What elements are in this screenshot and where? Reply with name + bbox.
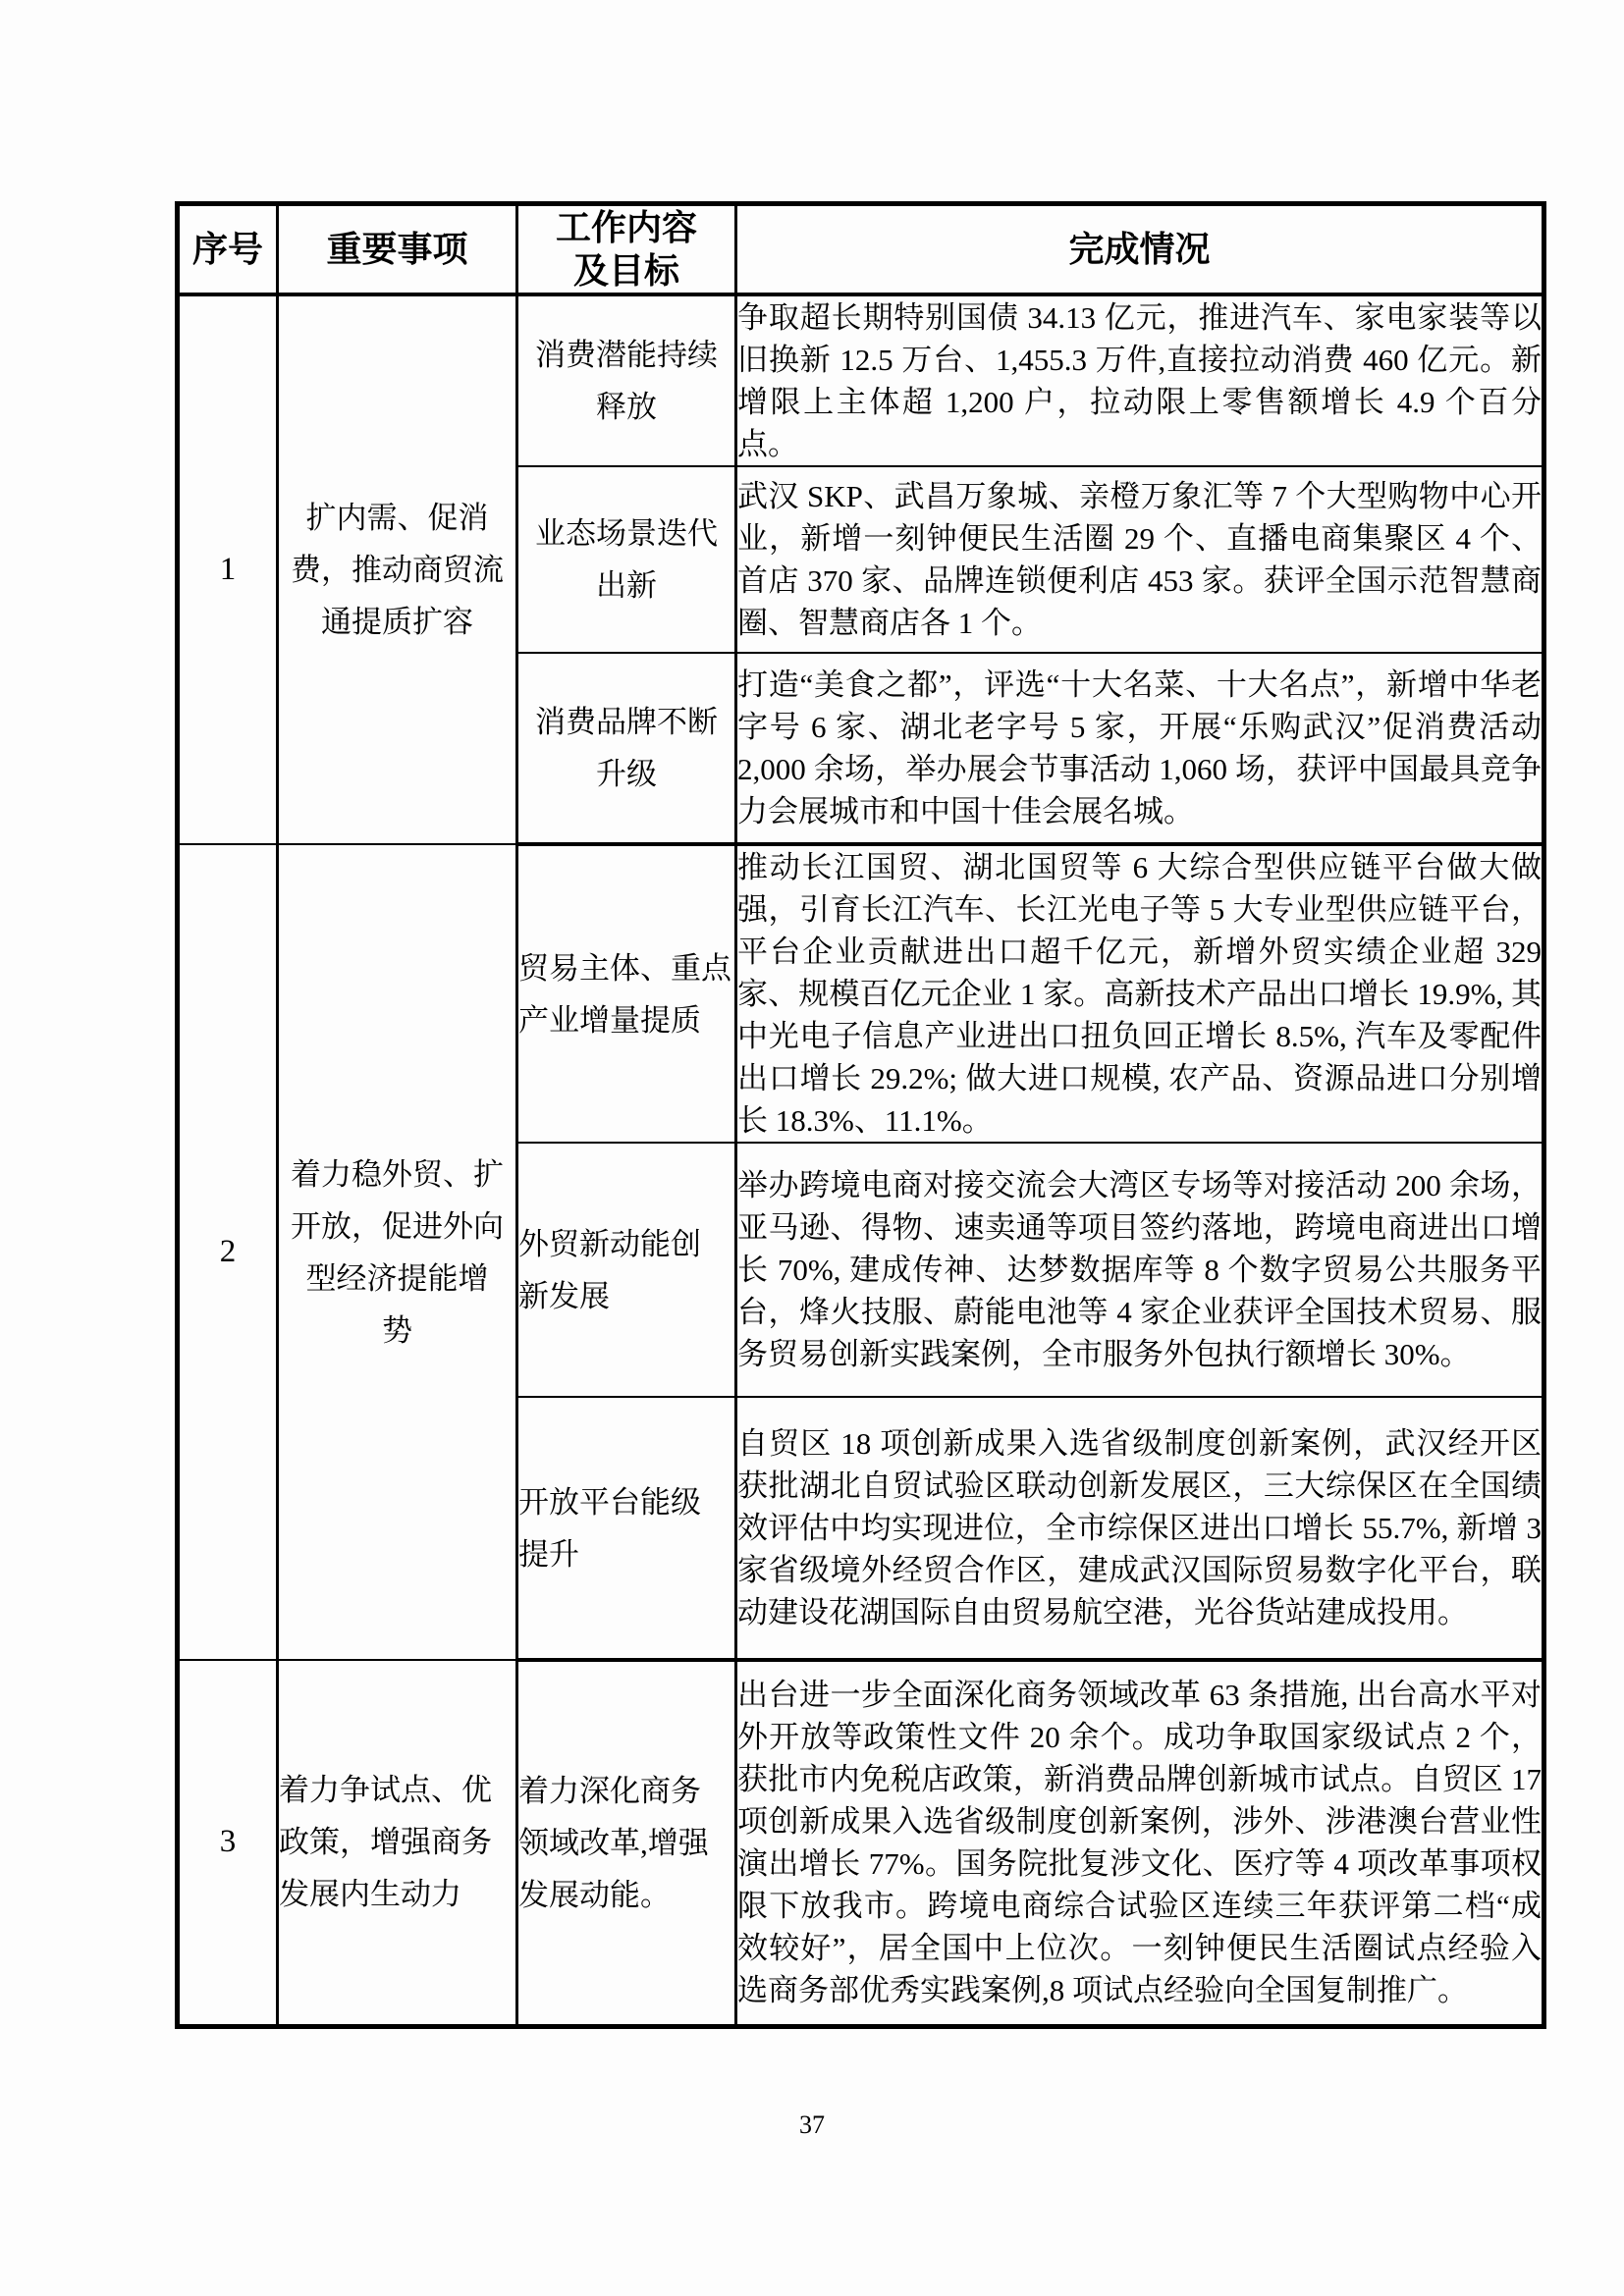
task-cell: 消费品牌不断 升级 bbox=[517, 653, 736, 844]
completion-cell: 武汉 SKP、武昌万象城、亲橙万象汇等 7 个大型购物中心开业，新增一刻钟便民生… bbox=[736, 466, 1544, 653]
header-label-matter: 重要事项 bbox=[279, 228, 515, 271]
table-row: 1 扩内需、促消 费，推动商贸流 通提质扩容 消费潜能持续 释放 争取超长期特别… bbox=[178, 294, 1544, 466]
header-label-serial: 序号 bbox=[180, 228, 276, 271]
completion-cell: 推动长江国贸、湖北国贸等 6 大综合型供应链平台做大做强，引育长江汽车、长江光电… bbox=[736, 844, 1544, 1143]
completion-cell: 举办跨境电商对接交流会大湾区专场等对接活动 200 余场，亚马逊、得物、速卖通等… bbox=[736, 1143, 1544, 1397]
header-label-work-line1: 工作内容 bbox=[518, 206, 734, 249]
table-header-row: 序号 重要事项 工作内容 及目标 完成情况 bbox=[178, 204, 1544, 295]
header-cell-matter: 重要事项 bbox=[278, 204, 517, 295]
header-cell-completion: 完成情况 bbox=[736, 204, 1544, 295]
document-page: 序号 重要事项 工作内容 及目标 完成情况 1 扩内需、促消 费，推动商贸流 通… bbox=[0, 0, 1624, 2296]
matter-cell-1: 扩内需、促消 费，推动商贸流 通提质扩容 bbox=[278, 294, 517, 844]
work-completion-table: 序号 重要事项 工作内容 及目标 完成情况 1 扩内需、促消 费，推动商贸流 通… bbox=[175, 201, 1546, 2029]
serial-cell-1: 1 bbox=[178, 294, 278, 844]
completion-cell: 自贸区 18 项创新成果入选省级制度创新案例，武汉经开区获批湖北自贸试验区联动创… bbox=[736, 1397, 1544, 1660]
task-cell: 消费潜能持续 释放 bbox=[517, 294, 736, 466]
table-row: 2 着力稳外贸、扩 开放，促进外向 型经济提能增 势 贸易主体、重点 产业增量提… bbox=[178, 844, 1544, 1143]
serial-cell-3: 3 bbox=[178, 1660, 278, 2026]
completion-cell: 打造“美食之都”，评选“十大名菜、十大名点”，新增中华老字号 6 家、湖北老字号… bbox=[736, 653, 1544, 844]
task-cell: 外贸新动能创 新发展 bbox=[517, 1143, 736, 1397]
page-number: 37 bbox=[0, 2110, 1624, 2140]
header-label-completion: 完成情况 bbox=[737, 228, 1542, 271]
completion-cell: 争取超长期特别国债 34.13 亿元，推进汽车、家电家装等以旧换新 12.5 万… bbox=[736, 294, 1544, 466]
matter-cell-3: 着力争试点、优 政策，增强商务 发展内生动力 bbox=[278, 1660, 517, 2026]
serial-cell-2: 2 bbox=[178, 844, 278, 1660]
task-cell: 开放平台能级 提升 bbox=[517, 1397, 736, 1660]
header-label-work-line2: 及目标 bbox=[518, 249, 734, 293]
task-cell: 业态场景迭代 出新 bbox=[517, 466, 736, 653]
table-row: 3 着力争试点、优 政策，增强商务 发展内生动力 着力深化商务 领域改革,增强 … bbox=[178, 1660, 1544, 2026]
completion-cell: 出台进一步全面深化商务领域改革 63 条措施, 出台高水平对外开放等政策性文件 … bbox=[736, 1660, 1544, 2026]
task-cell: 贸易主体、重点 产业增量提质 bbox=[517, 844, 736, 1143]
header-cell-serial: 序号 bbox=[178, 204, 278, 295]
matter-cell-2: 着力稳外贸、扩 开放，促进外向 型经济提能增 势 bbox=[278, 844, 517, 1660]
header-cell-work: 工作内容 及目标 bbox=[517, 204, 736, 295]
task-cell: 着力深化商务 领域改革,增强 发展动能。 bbox=[517, 1660, 736, 2026]
